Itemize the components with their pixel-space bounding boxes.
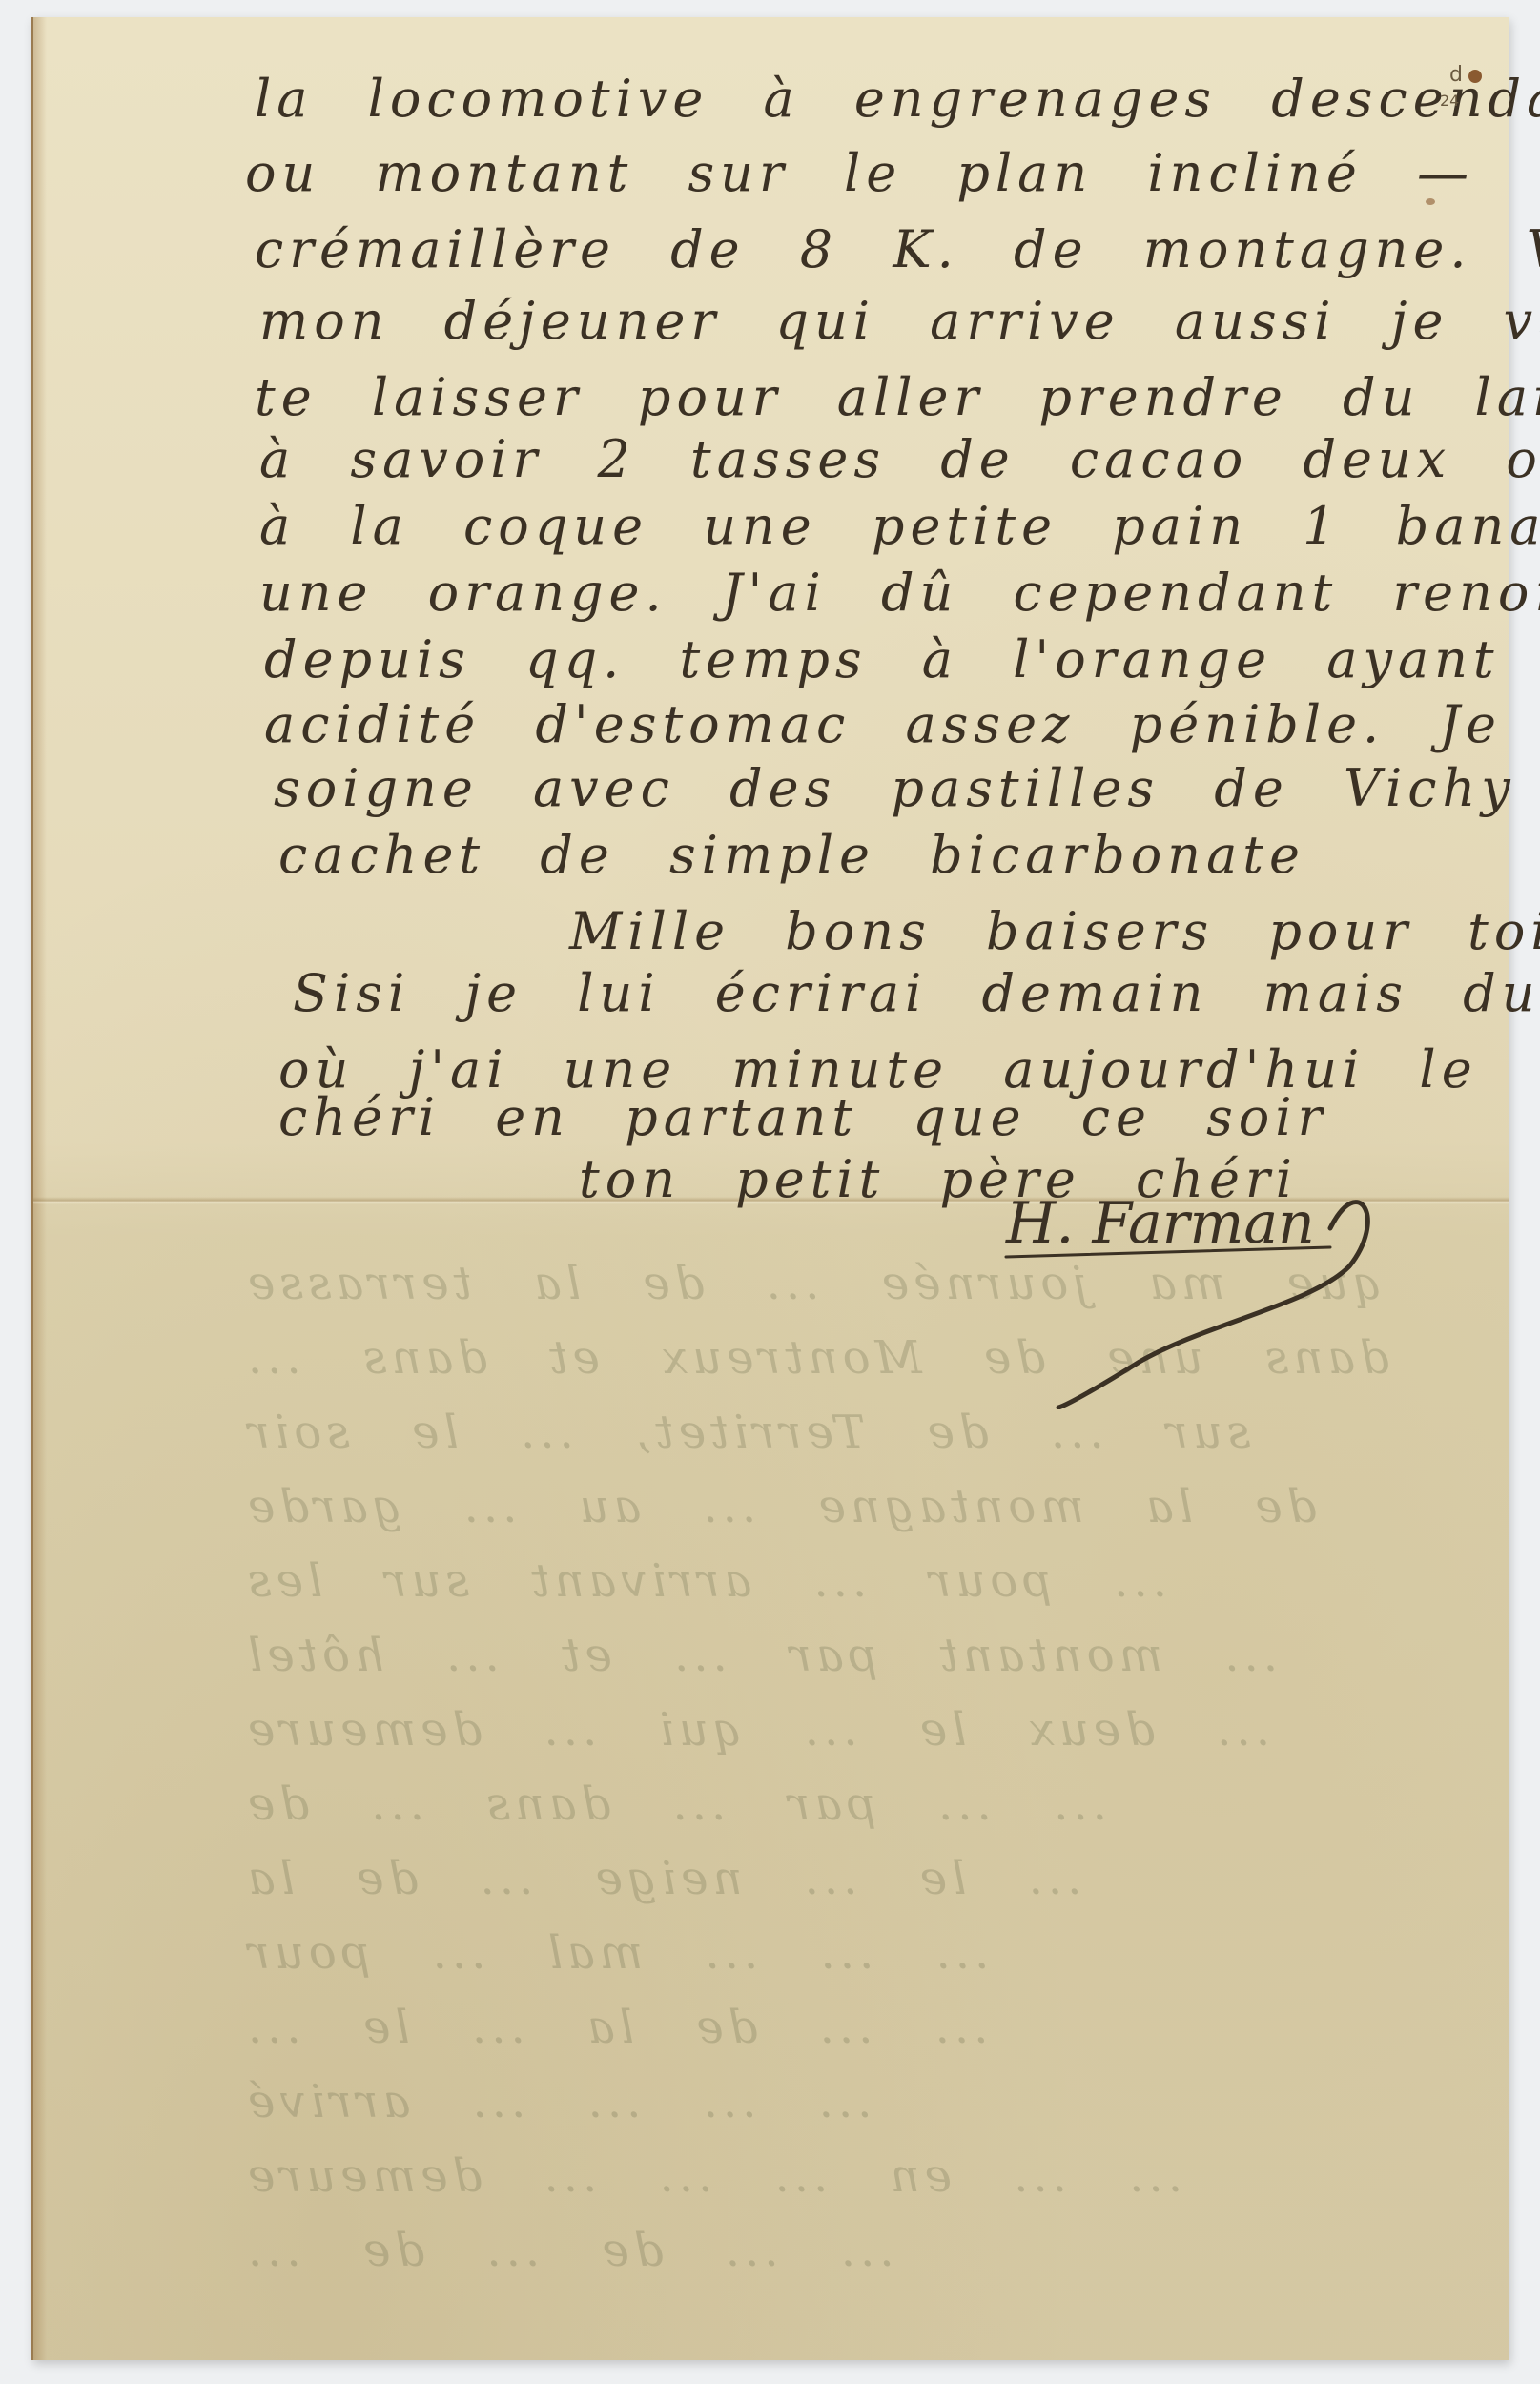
bleed-through-line: de la montagne ... au ... garde — [243, 1480, 1316, 1533]
bleed-through-line: ... ... par ... dans ... de — [243, 1778, 1107, 1831]
letter-line: mon déjeuner qui arrive aussi je vais — [259, 291, 1540, 351]
ink-spot — [1468, 70, 1482, 83]
letter-line: crémaillère de 8 K. de montagne. Voici — [255, 219, 1540, 279]
letter-line: à savoir 2 tasses de cacao deux oeufs — [259, 429, 1540, 489]
letter-line: à la coque une petite pain 1 banane et — [259, 496, 1540, 556]
margin-mark-2: 24 — [1440, 92, 1459, 110]
bleed-through-line: ... ... de ... de ... — [243, 2224, 894, 2277]
letter-line: acidité d'estomac assez pénible. Je la — [264, 694, 1540, 754]
letter-page: que ma journée ... de la terrassedans un… — [31, 17, 1509, 2360]
letter-line: depuis qq. temps à l'orange ayant de — [264, 629, 1540, 689]
letter-line: te laisser pour aller prendre du lait — [255, 367, 1540, 427]
letter-line: cachet de simple bicarbonate — [278, 825, 1305, 885]
letter-line: ou montant sur le plan incliné — — [245, 143, 1474, 203]
bleed-through-line: ... deux le ... qui ... demeure — [243, 1703, 1270, 1757]
bleed-through-line: sur ... de Territet, ... le soir — [243, 1406, 1250, 1459]
margin-mark-1: d — [1449, 63, 1463, 87]
ink-spot — [1426, 198, 1435, 205]
bleed-through-line: ... ... de la ... le ... — [243, 2001, 989, 2054]
signature: H. Farman — [1006, 1190, 1315, 1257]
bleed-through-line: ... le ... neige ... de la — [243, 1852, 1082, 1905]
edge-stain — [33, 17, 47, 2360]
bleed-through-line: ... ... ... ... arrivé — [243, 2075, 873, 2128]
letter-line: Mille bons baisers pour toi et — [569, 901, 1540, 961]
letter-line: une orange. J'ai dû cependant renoncer — [259, 563, 1540, 623]
letter-line: la locomotive à engrenages descendant — [255, 69, 1540, 129]
bleed-through-line: ... ... en ... ... ... demeure — [243, 2149, 1182, 2203]
letter-line: Sisi je lui écrirai demain mais du burea… — [293, 963, 1540, 1023]
letter-line: soigne avec des pastilles de Vichy ou un — [274, 758, 1540, 818]
bleed-through-line: ... pour ... arrivant sur les — [243, 1554, 1167, 1608]
bleed-through-line: ... ... ... mal ... pour — [243, 1926, 989, 1980]
bleed-through-line: ... montant par ... et ... hôtel — [243, 1629, 1278, 1682]
letter-line: chéri en partant que ce soir — [278, 1087, 1327, 1147]
